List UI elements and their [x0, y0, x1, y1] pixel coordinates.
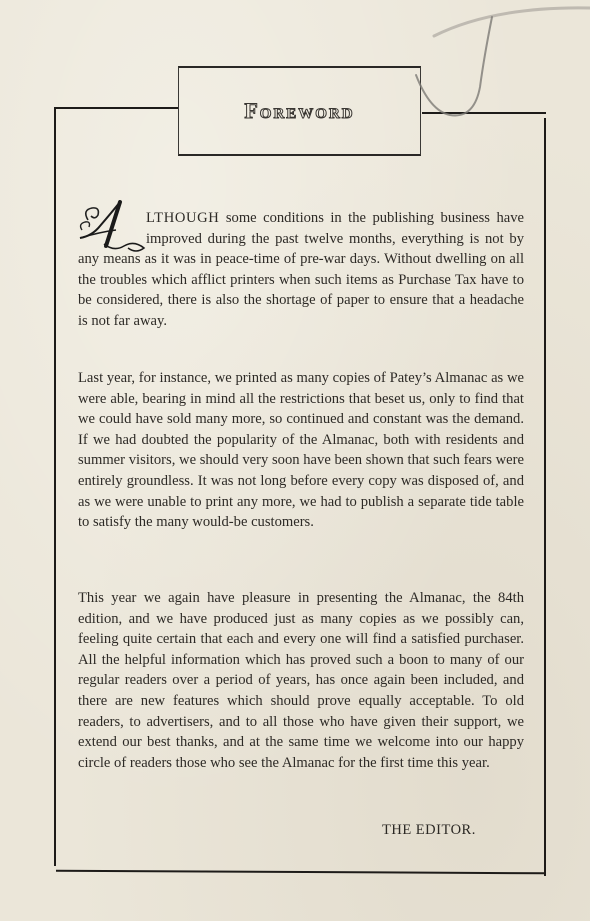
frame-right-line: [544, 118, 546, 876]
drop-cap-lead: LTHOUGH: [146, 210, 219, 226]
frame-left-line: [54, 108, 56, 866]
signature: THE EDITOR.: [382, 822, 476, 839]
ornate-a-icon: [78, 200, 148, 252]
pencil-mark-icon: [0, 0, 590, 160]
paragraph-2: Last year, for instance, we printed as m…: [78, 368, 524, 533]
paragraph-3: This year we again have pleasure in pres…: [78, 588, 524, 773]
paragraph-1: LTHOUGH some conditions in the publishin…: [78, 208, 524, 332]
drop-cap: [78, 206, 142, 246]
